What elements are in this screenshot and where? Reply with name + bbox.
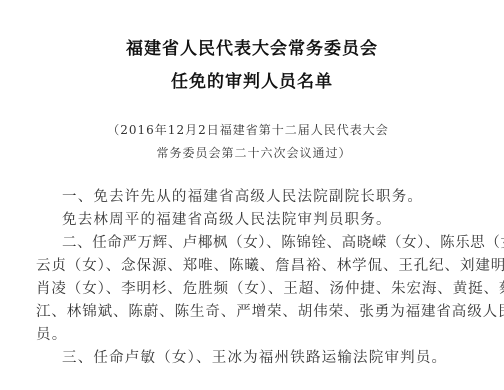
item-1-second-line: 免去林周平的福建省高级人民法院审判员职务。	[62, 208, 392, 229]
item-2-continuation: 肖凌（女）、李明杉、危胜频（女）、王超、汤仲捷、朱宏海、黄挺、蔡伟、黄志	[36, 277, 504, 298]
item-2-continuation: 江、林锦斌、陈蔚、陈生奇、严增荣、胡伟荣、张勇为福建省高级人民法院审判	[36, 300, 504, 321]
item-2-continuation: 云贞（女）、念保源、郑唯、陈曦、詹昌裕、林学侃、王孔纪、刘建明、江爱响、	[36, 254, 504, 275]
document-title-line2: 任免的审判人员名单	[0, 67, 504, 92]
item-3-line: 三、任命卢敏（女）、王冰为福州铁路运输法院审判员。	[62, 346, 447, 367]
adoption-note-line2: 常务委员会第二十六次会议通过）	[2, 144, 504, 161]
item-2-line: 二、任命严万辉、卢椰枫（女）、陈锦铨、高晓嵘（女）、陈乐思（女）、刘	[62, 231, 504, 252]
item-1-line: 一、免去许先从的福建省高级人民法院副院长职务。	[62, 185, 423, 206]
item-2-continuation: 员。	[36, 323, 67, 344]
document-title-line1: 福建省人民代表大会常务委员会	[0, 34, 504, 59]
adoption-note-line1: （2016年12月2日福建省第十二届人民代表大会	[0, 121, 500, 138]
